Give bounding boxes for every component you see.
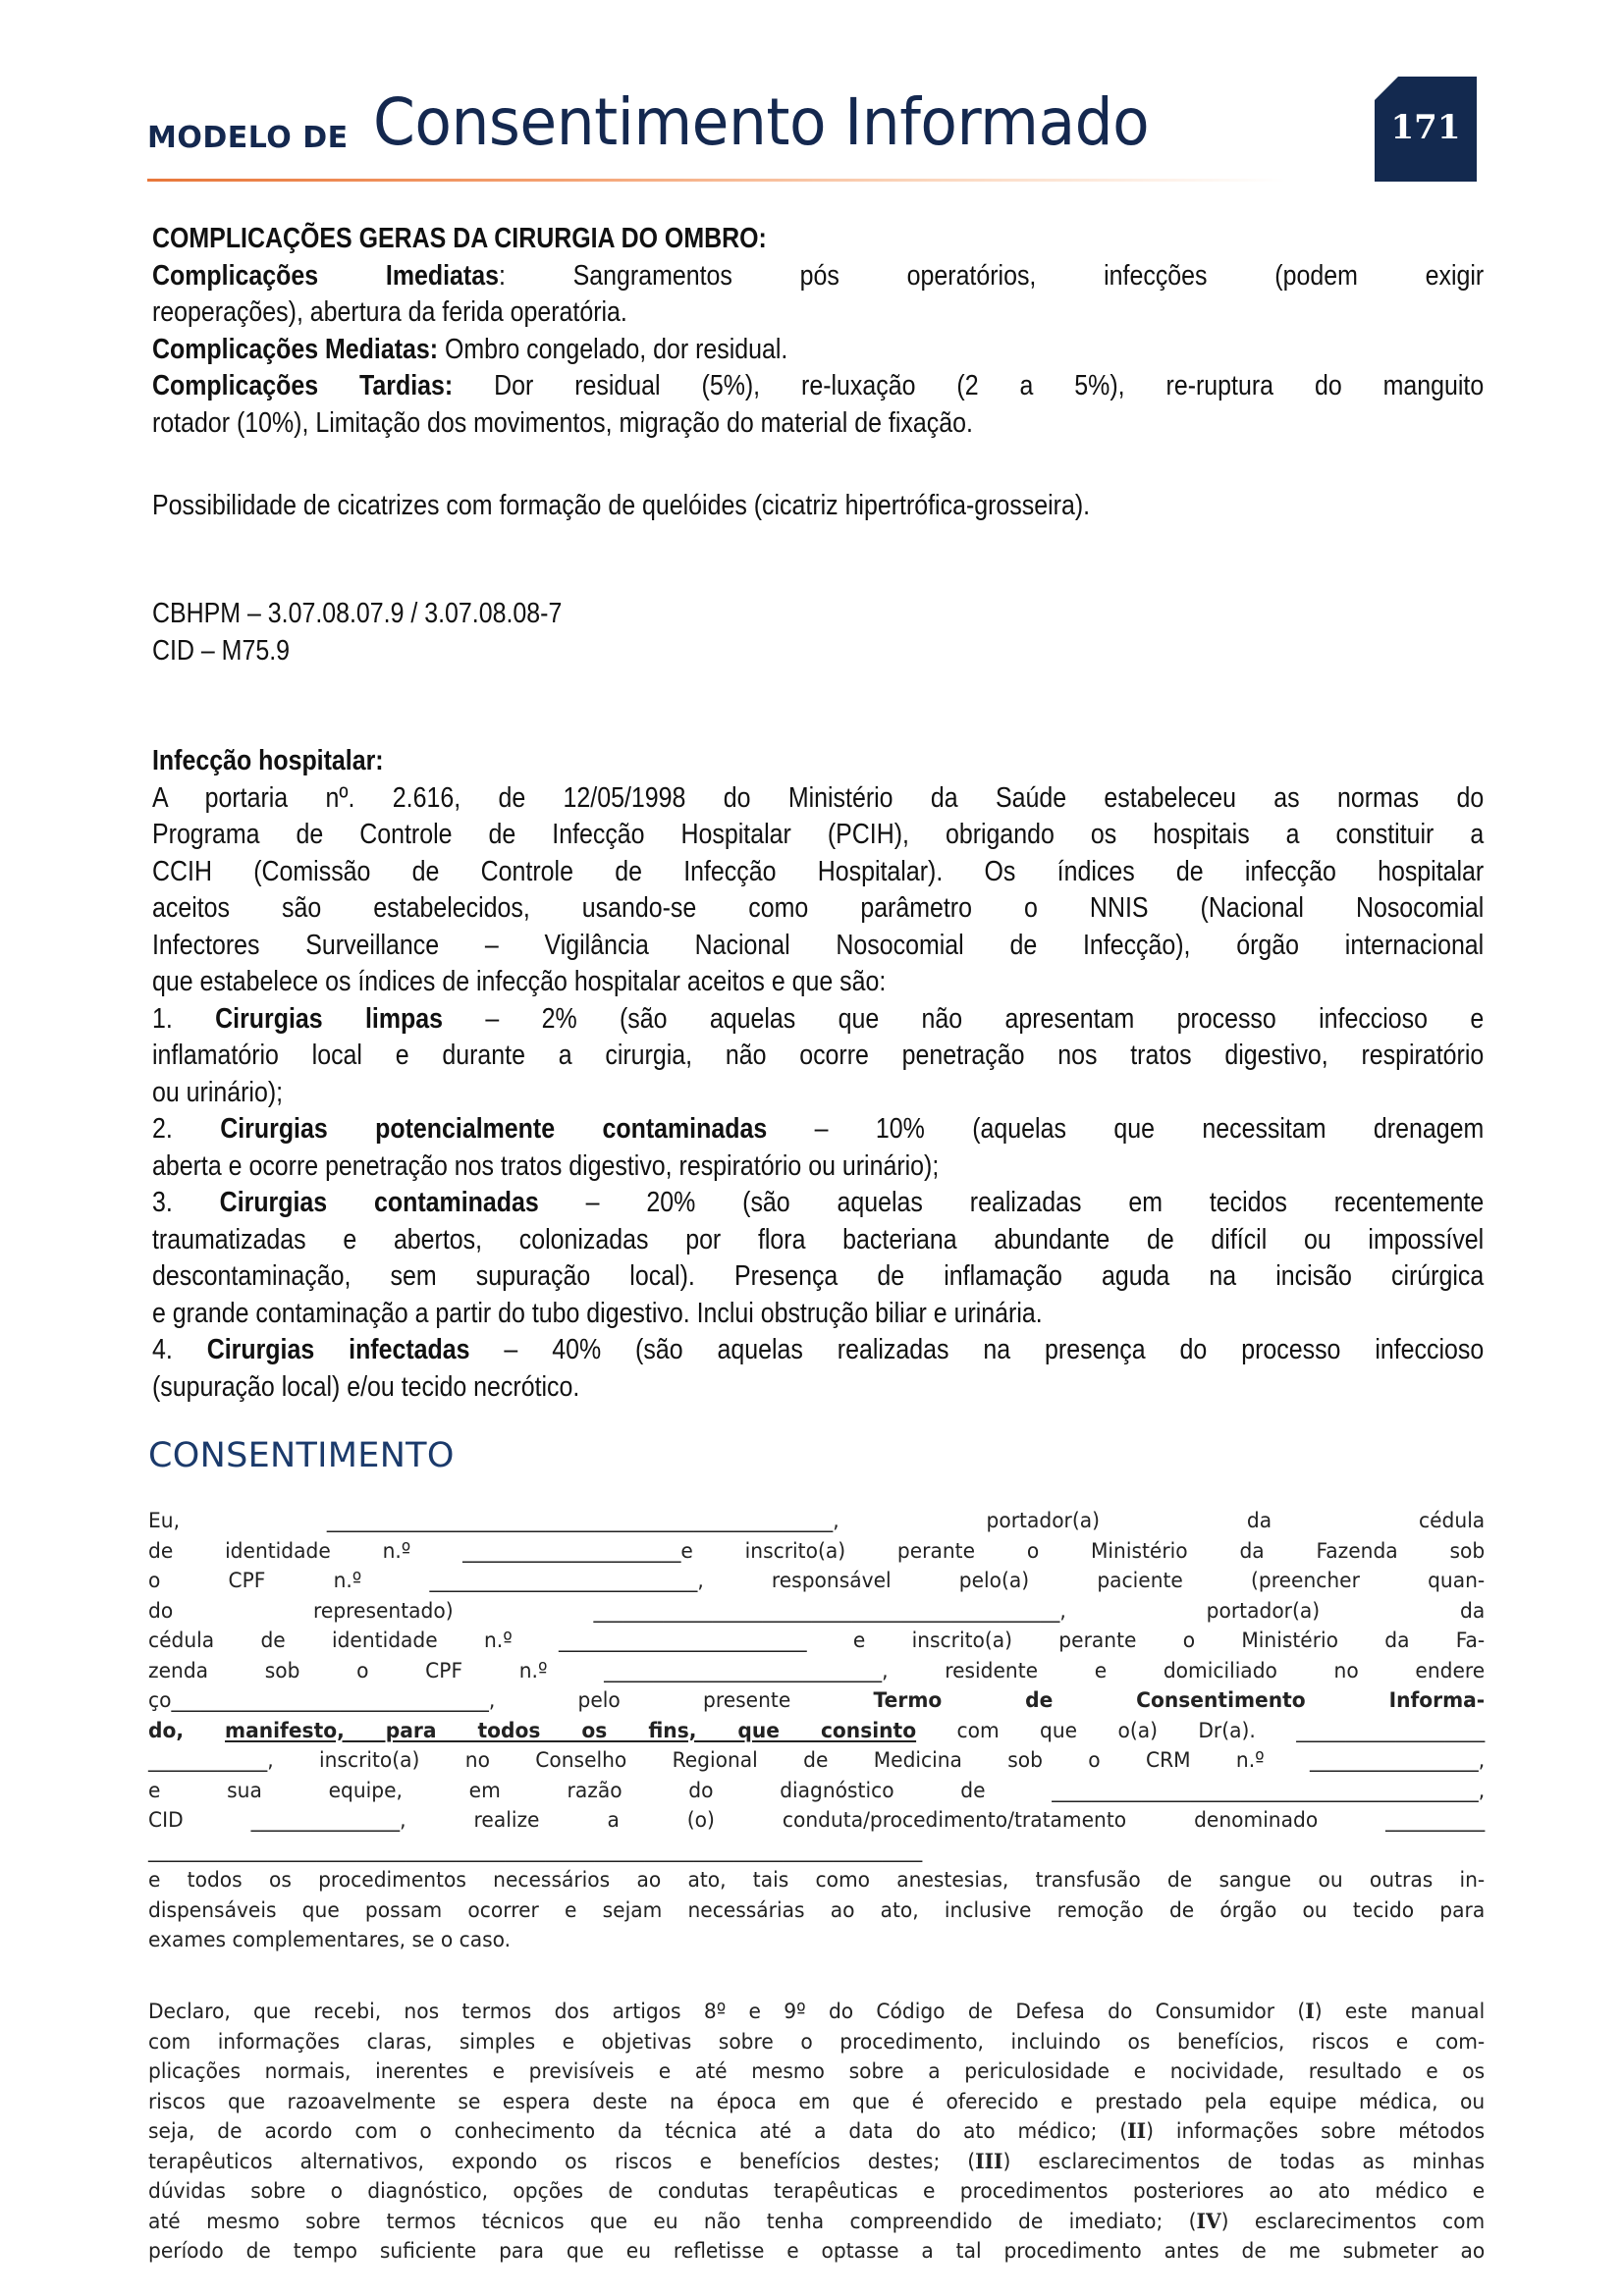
infection-category-2: 2. Cirurgias potencialmente contaminadas… [152,1111,1484,1148]
category-label: Cirurgias potencialmente contaminadas [220,1113,767,1145]
form-line-crm[interactable]: ____________, inscrito(a) no Conselho Re… [148,1746,1485,1777]
infection-intro-line: que estabelece os índices de infecção ho… [152,964,1484,1001]
page-title: Consentimento Informado [373,90,1149,155]
form-line-cpf[interactable]: o CPF n.º ___________________________, r… [148,1567,1485,1597]
category-label: Cirurgias infectadas [207,1334,470,1365]
procedure-codes: CBHPM – 3.07.08.07.9 / 3.07.08.08-7 CID … [152,596,1484,669]
infection-category-text: e grande contaminação a partir do tubo d… [152,1296,1484,1333]
infection-category-4: 4. Cirurgias infectadas – 40% (são aquel… [152,1332,1484,1369]
category-label: Cirurgias limpas [215,1003,443,1035]
keloid-note: Possibilidade de cicatrizes com formação… [152,488,1484,525]
form-line-id[interactable]: de identidade n.º ______________________… [148,1537,1485,1568]
header-divider [147,179,1286,182]
complications-heading: COMPLICAÇÕES GERAS DA CIRURGIA DO OMBRO: [152,221,1484,258]
infection-intro-line: Programa de Controle de Infecção Hospita… [152,817,1484,854]
infection-category-text: (supuração local) e/ou tecido necrótico. [152,1369,1484,1407]
page-number-badge: 171 [1375,77,1477,182]
form-line-name[interactable]: Eu, ____________________________________… [148,1507,1485,1537]
infection-category-1: 1. Cirurgias limpas – 2% (são aquelas qu… [152,1001,1484,1039]
form-line-rep-id[interactable]: cédula de identidade n.º _______________… [148,1627,1485,1657]
consent-form: Eu, ____________________________________… [148,1507,1485,1956]
form-line-representative[interactable]: do representado) _______________________… [148,1597,1485,1628]
mediate-complications: Complicações Mediatas: Ombro congelado, … [152,332,1484,369]
form-line-address[interactable]: ço________________________________, pelo… [148,1686,1485,1717]
infection-intro-line: A portaria nº. 2.616, de 12/05/1998 do M… [152,780,1484,818]
form-line-doctor[interactable]: do, manifesto, para todos os fins, que c… [148,1717,1485,1747]
cbhpm-code: CBHPM – 3.07.08.07.9 / 3.07.08.08-7 [152,596,1484,633]
consent-heading: CONSENTIMENTO [148,1439,455,1473]
infection-intro-line: CCIH (Comissão de Controle de Infecção H… [152,854,1484,891]
category-label: Cirurgias contaminadas [220,1187,539,1218]
cid-code: CID – M75.9 [152,633,1484,670]
infection-category-text: aberta e ocorre penetração nos tratos di… [152,1148,1484,1186]
infection-category-text: traumatizadas e abertos, colonizadas por… [152,1222,1484,1259]
infection-category-text: inflamatório local e durante a cirurgia,… [152,1038,1484,1075]
late-complications: Complicações Tardias: Dor residual (5%),… [152,368,1484,405]
infection-category-3: 3. Cirurgias contaminadas – 20% (são aqu… [152,1185,1484,1222]
consent-declaration: Declaro, que recebi, nos termos dos arti… [148,1998,1485,2268]
form-line-procedure-cont[interactable]: ________________________________________… [148,1837,1485,1867]
infection-intro-line: aceitos são estabelecidos, usando-se com… [152,890,1484,928]
infection-category-text: descontaminação, sem supuração local). P… [152,1258,1484,1296]
form-line-diagnosis[interactable]: e sua equipe, em razão do diagnóstico de… [148,1777,1485,1807]
complications-section: COMPLICAÇÕES GERAS DA CIRURGIA DO OMBRO:… [152,221,1484,442]
infection-intro-line: Infectores Surveillance – Vigilância Nac… [152,928,1484,965]
infection-heading: Infecção hospitalar: [152,743,1484,780]
page-number: 171 [1391,108,1461,147]
infection-section: Infecção hospitalar: A portaria nº. 2.61… [152,743,1484,1406]
form-line-rep-cpf[interactable]: zenda sob o CPF n.º ____________________… [148,1657,1485,1687]
form-line-procedure[interactable]: CID _______________, realize a (o) condu… [148,1806,1485,1837]
infection-category-text: ou urinário); [152,1075,1484,1112]
header-prefix: MODELO DE [147,124,349,153]
immediate-complications: Complicações Imediatas: Sangramentos pós… [152,258,1484,295]
